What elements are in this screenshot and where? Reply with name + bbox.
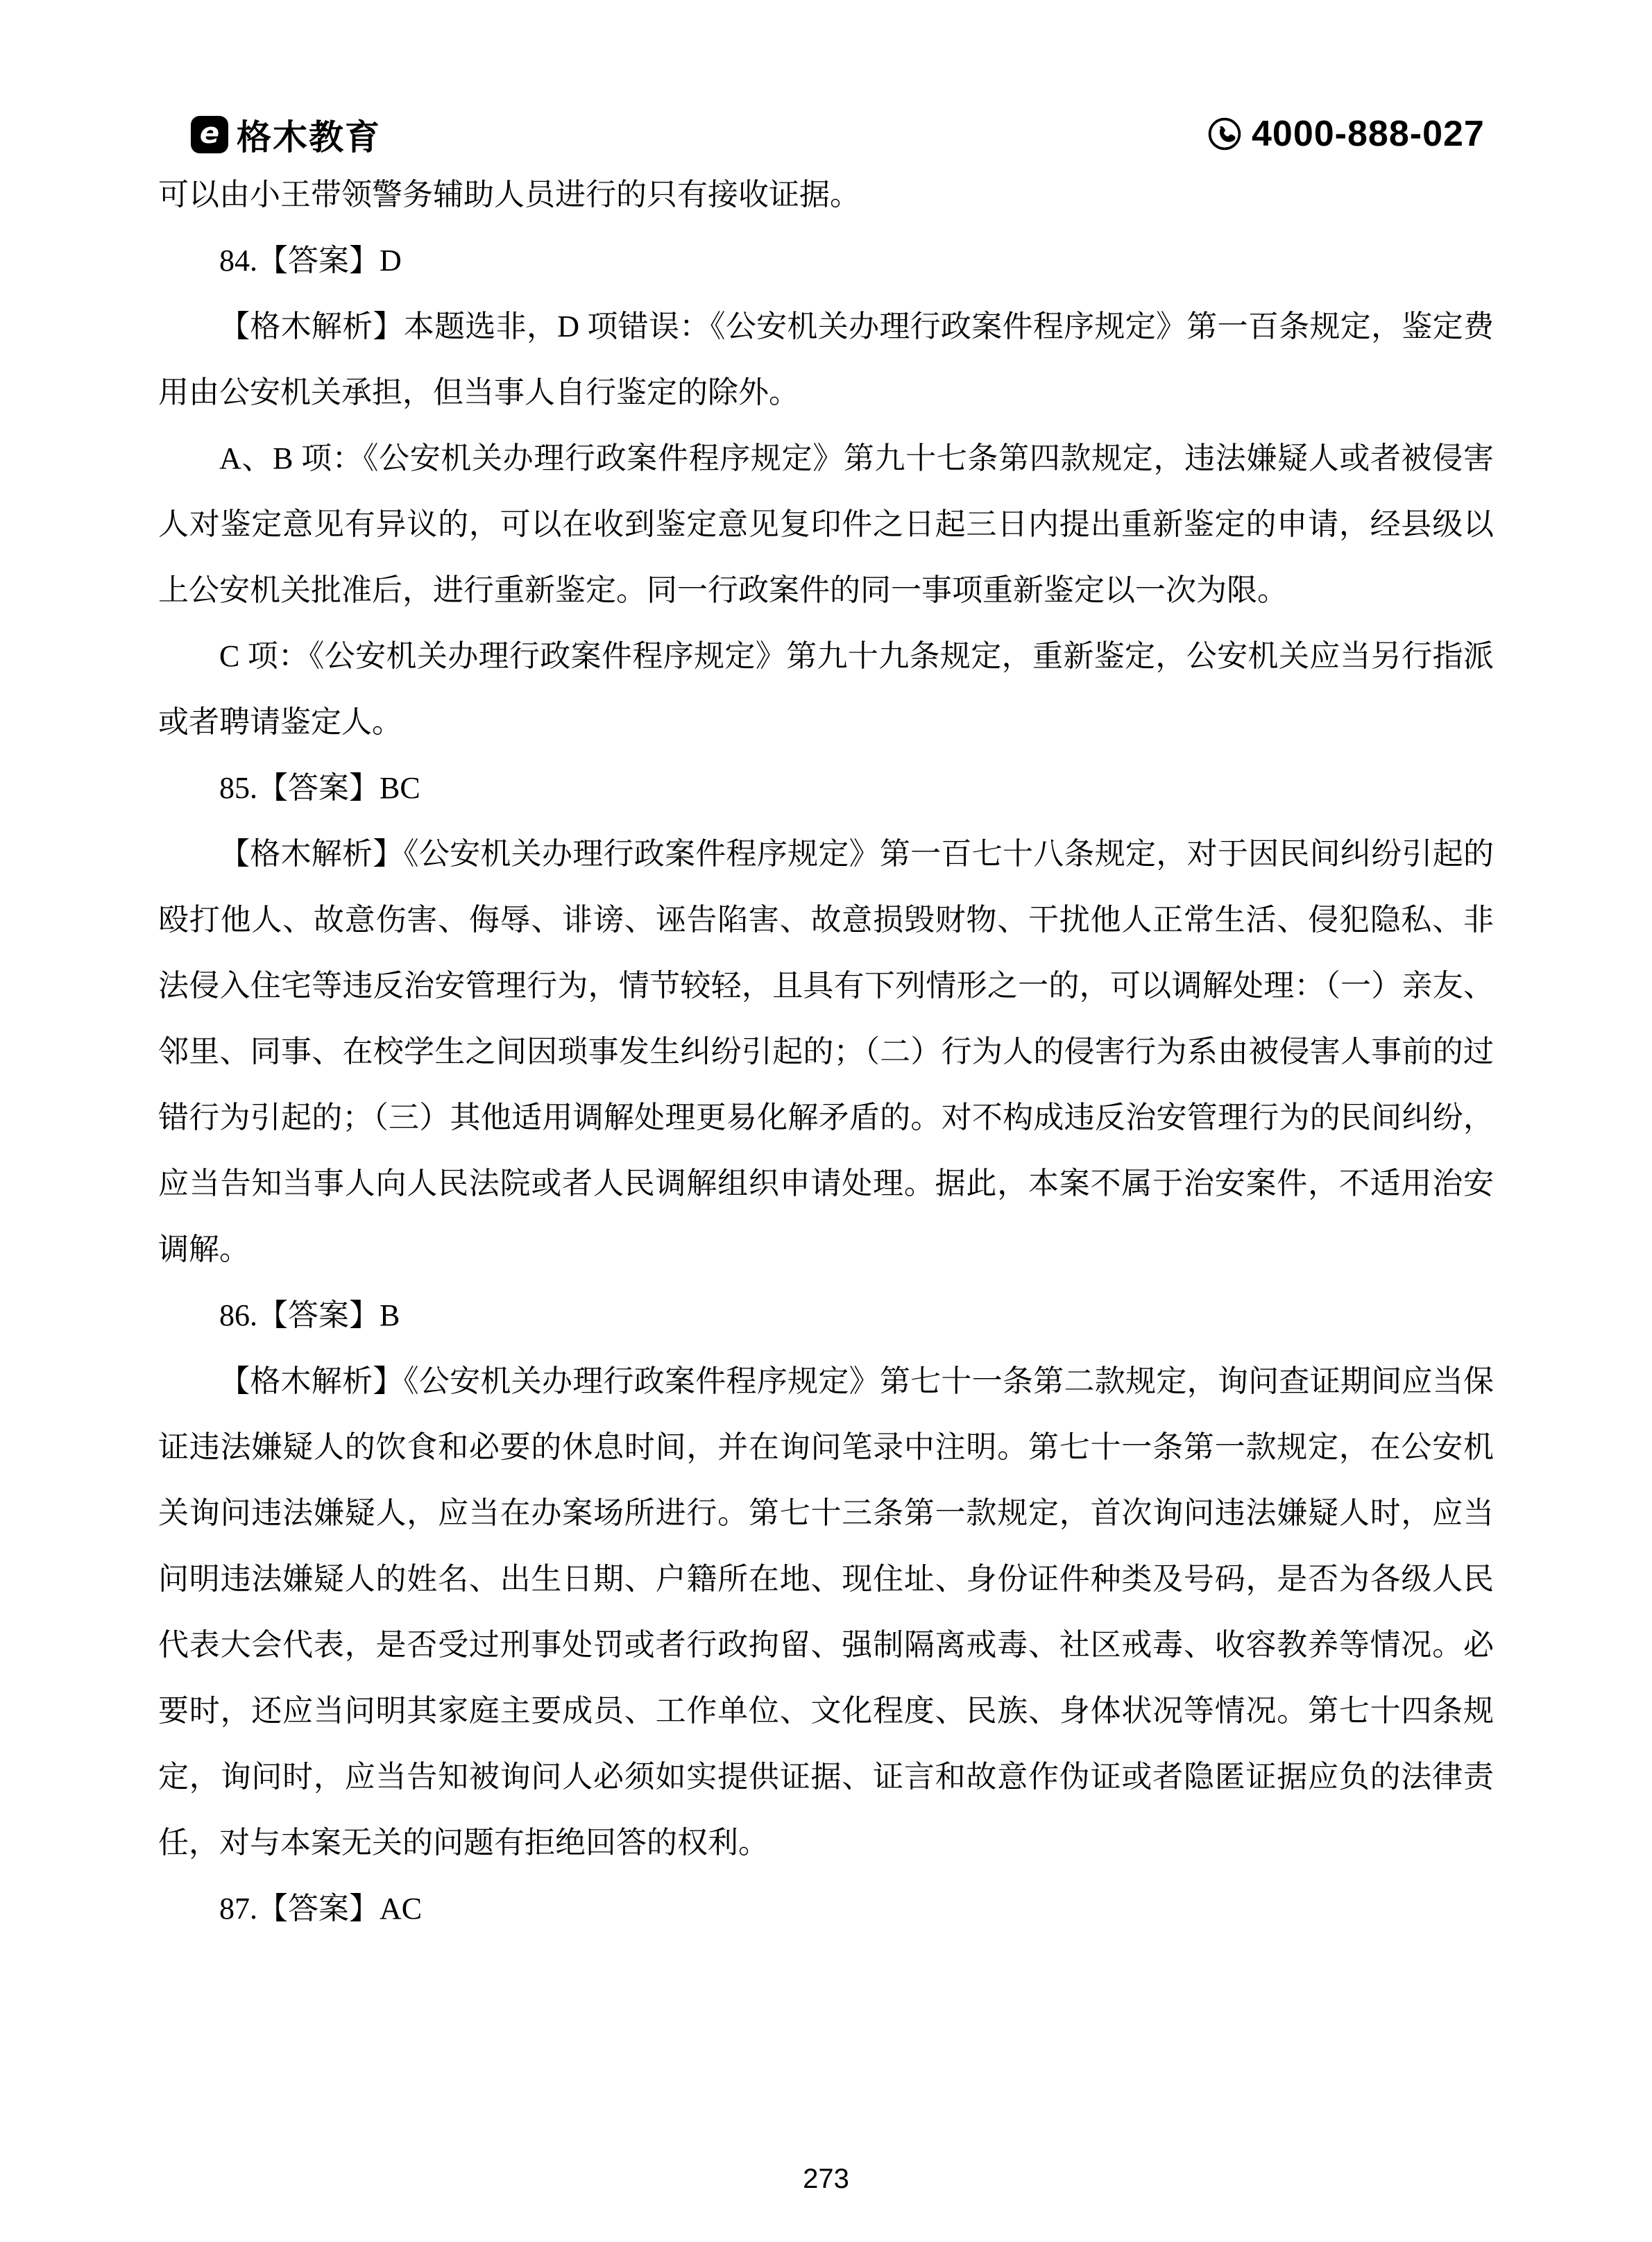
analysis-85: 【格木解析】《公安机关办理行政案件程序规定》第一百七十八条规定，对于因民间纠纷引… xyxy=(158,821,1494,1282)
brand-logo: e 格木教育 xyxy=(191,110,381,160)
document-page: e 格木教育 4000-888-027 可以由小王带领警务辅助人员进行的只有接收… xyxy=(0,0,1652,2242)
document-body: 可以由小王带领警务辅助人员进行的只有接收证据。 84.【答案】D 【格木解析】本… xyxy=(158,162,1494,1942)
answer-86: 86.【答案】B xyxy=(158,1282,1494,1348)
analysis-84-item-c: C 项：《公安机关办理行政案件程序规定》第九十九条规定，重新鉴定，公安机关应当另… xyxy=(158,623,1494,755)
answer-87: 87.【答案】AC xyxy=(158,1876,1494,1942)
header-phone: 4000-888-027 xyxy=(1207,113,1485,155)
brand-logo-icon: e xyxy=(191,116,228,153)
analysis-86: 【格木解析】《公安机关办理行政案件程序规定》第七十一条第二款规定，询问查证期间应… xyxy=(158,1348,1494,1876)
brand-glyph: e xyxy=(200,119,220,148)
analysis-84-items-ab: A、B 项：《公安机关办理行政案件程序规定》第九十七条第四款规定，违法嫌疑人或者… xyxy=(158,425,1494,623)
answer-84: 84.【答案】D xyxy=(158,228,1494,294)
analysis-84: 【格木解析】本题选非，D 项错误：《公安机关办理行政案件程序规定》第一百条规定，… xyxy=(158,294,1494,425)
page-header: e 格木教育 4000-888-027 xyxy=(0,0,1652,167)
answer-85: 85.【答案】BC xyxy=(158,755,1494,821)
brand-name: 格木教育 xyxy=(237,110,381,160)
page-number: 273 xyxy=(803,2164,849,2194)
phone-icon xyxy=(1207,117,1242,151)
phone-number: 4000-888-027 xyxy=(1252,113,1485,155)
paragraph-continuation: 可以由小王带领警务辅助人员进行的只有接收证据。 xyxy=(158,162,1494,228)
page-footer: 273 xyxy=(0,2164,1652,2195)
